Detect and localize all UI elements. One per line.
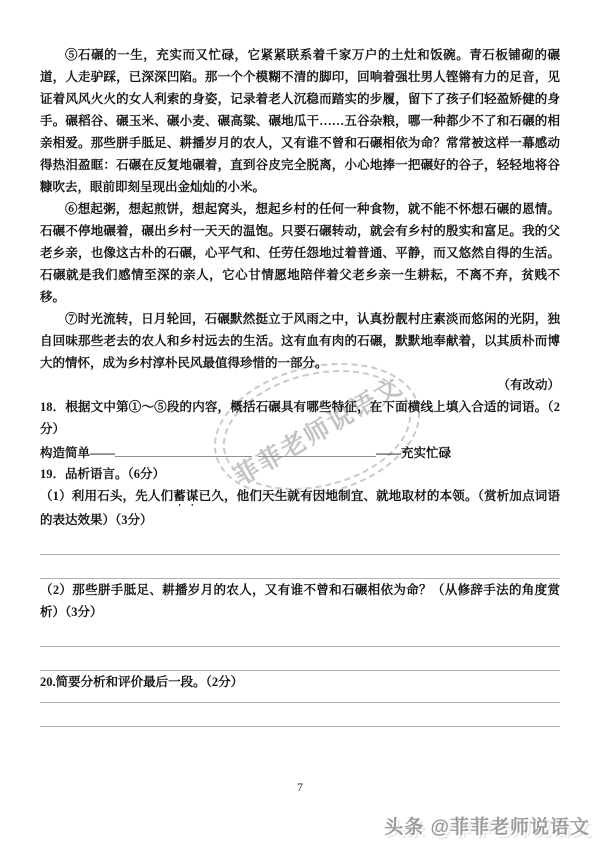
question-19-1-text: （1）利用石头，先人们蓄谋已久，他们天生就有因地制宜、就地取材的本领。（赏析加点… bbox=[40, 485, 560, 531]
corner-watermark: 头条 @菲菲老师说语文 bbox=[384, 812, 590, 839]
ruled-answer-line bbox=[40, 703, 560, 727]
ruled-answer-line bbox=[40, 555, 560, 579]
attribution-note: （有改动） bbox=[40, 374, 560, 396]
article-paragraph-5: ⑤石碾的一生，充实而又忙碌，它紧紧联系着千家万户的土灶和饭碗。青石板铺砌的碾道，… bbox=[40, 44, 560, 198]
ruled-answer-line bbox=[40, 623, 560, 647]
ruled-answer-line bbox=[40, 531, 560, 555]
answer-lines-q19-2 bbox=[40, 623, 560, 671]
page-number: 7 bbox=[0, 780, 600, 795]
document-page: 菲菲老师说语文 ⑤石碾的一生，充实而又忙碌，它紧紧联系着千家万户的土灶和饭碗。青… bbox=[0, 0, 600, 848]
question-18-text: 18．根据文中第①～⑤段的内容，概括石碾具有哪些特征，在下面横线上填入合适的词语… bbox=[40, 396, 560, 440]
fill-prefix-label: 构造简单—— bbox=[40, 446, 115, 460]
q19-1-emphasized-word: 蓄谋 bbox=[173, 489, 198, 503]
question-19-2-text: （2）那些胼手胝足、耕播岁月的农人，又有谁不曾和石碾相依为命？（从修辞手法的角度… bbox=[40, 579, 560, 623]
q19-1-part1: （1）利用石头，先人们 bbox=[40, 489, 173, 503]
ruled-answer-line bbox=[40, 647, 560, 671]
article-paragraph-6: ⑥想起粥，想起煎饼，想起窝头，想起乡村的任何一种食物，就不能不怀想石碾的恩情。石… bbox=[40, 198, 560, 308]
question-19-text: 19．品析语言。（6分） bbox=[40, 463, 560, 485]
fill-suffix-label: ——充实忙碌 bbox=[376, 446, 451, 460]
exam-content: ⑤石碾的一生，充实而又忙碌，它紧紧联系着千家万户的土灶和饭碗。青石板铺砌的碾道，… bbox=[40, 44, 560, 727]
answer-blank-2 bbox=[258, 443, 376, 457]
answer-blank-1 bbox=[115, 443, 252, 457]
answer-lines-q19-1 bbox=[40, 531, 560, 579]
question-18-fill-line: 构造简单————充实忙碌 bbox=[40, 443, 560, 463]
article-paragraph-7: ⑦时光流转，日月轮回，石碾默然挺立于风雨之中，认真扮靓村庄素淡而悠闲的光阴，独自… bbox=[40, 308, 560, 374]
